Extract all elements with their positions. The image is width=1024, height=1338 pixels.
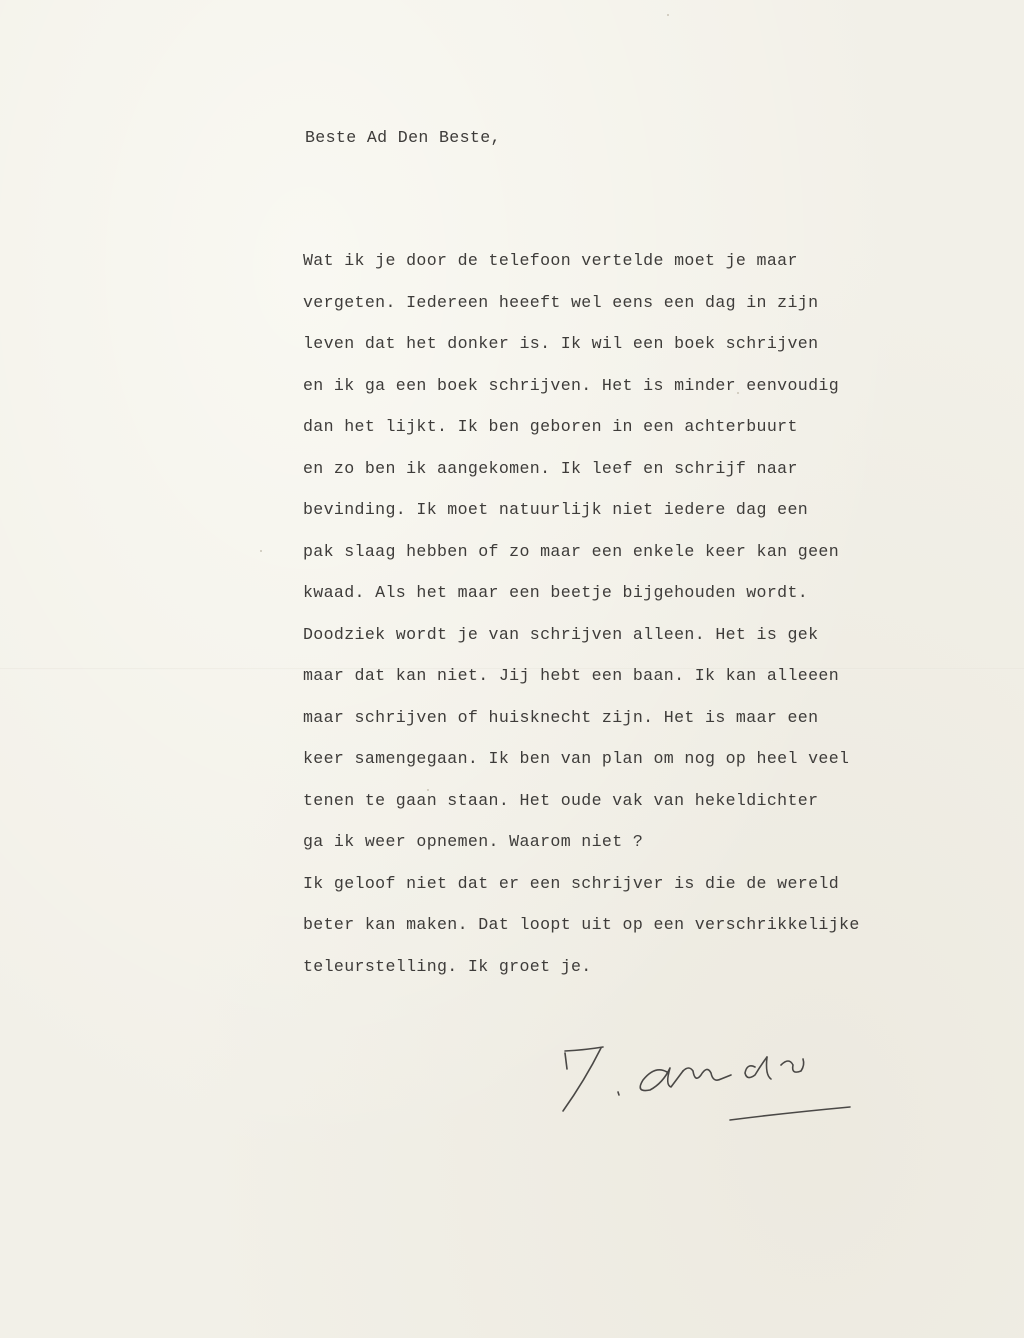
- letter-line: en zo ben ik aangekomen. Ik leef en schr…: [303, 457, 860, 499]
- letter-line: vergeten. Iedereen heeeft wel eens een d…: [303, 291, 860, 333]
- signature-icon: [555, 1035, 875, 1125]
- letter-line: Wat ik je door de telefoon vertelde moet…: [303, 249, 860, 291]
- letter-line: leven dat het donker is. Ik wil een boek…: [303, 332, 860, 374]
- letter-line: keer samengegaan. Ik ben van plan om nog…: [303, 747, 860, 789]
- letter-line: ga ik weer opnemen. Waarom niet ?: [303, 830, 860, 872]
- letter-line: en ik ga een boek schrijven. Het is mind…: [303, 374, 860, 416]
- letter-line: maar dat kan niet. Jij hebt een baan. Ik…: [303, 664, 860, 706]
- letter-salutation: Beste Ad Den Beste,: [305, 127, 501, 149]
- letter-line: Doodziek wordt je van schrijven alleen. …: [303, 623, 860, 665]
- letter-line: teleurstelling. Ik groet je.: [303, 955, 860, 997]
- handwritten-signature: [555, 1035, 875, 1125]
- letter-line: beter kan maken. Dat loopt uit op een ve…: [303, 913, 860, 955]
- letter-line: Ik geloof niet dat er een schrijver is d…: [303, 872, 860, 914]
- letter-line: pak slaag hebben of zo maar een enkele k…: [303, 540, 860, 582]
- letter-body: Wat ik je door de telefoon vertelde moet…: [303, 249, 860, 996]
- letter-line: tenen te gaan staan. Het oude vak van he…: [303, 789, 860, 831]
- letter-line: kwaad. Als het maar een beetje bijgehoud…: [303, 581, 860, 623]
- paper-speck: [667, 14, 669, 16]
- letter-line: maar schrijven of huisknecht zijn. Het i…: [303, 706, 860, 748]
- letter-line: bevinding. Ik moet natuurlijk niet ieder…: [303, 498, 860, 540]
- paper-speck: [260, 550, 262, 552]
- letter-line: dan het lijkt. Ik ben geboren in een ach…: [303, 415, 860, 457]
